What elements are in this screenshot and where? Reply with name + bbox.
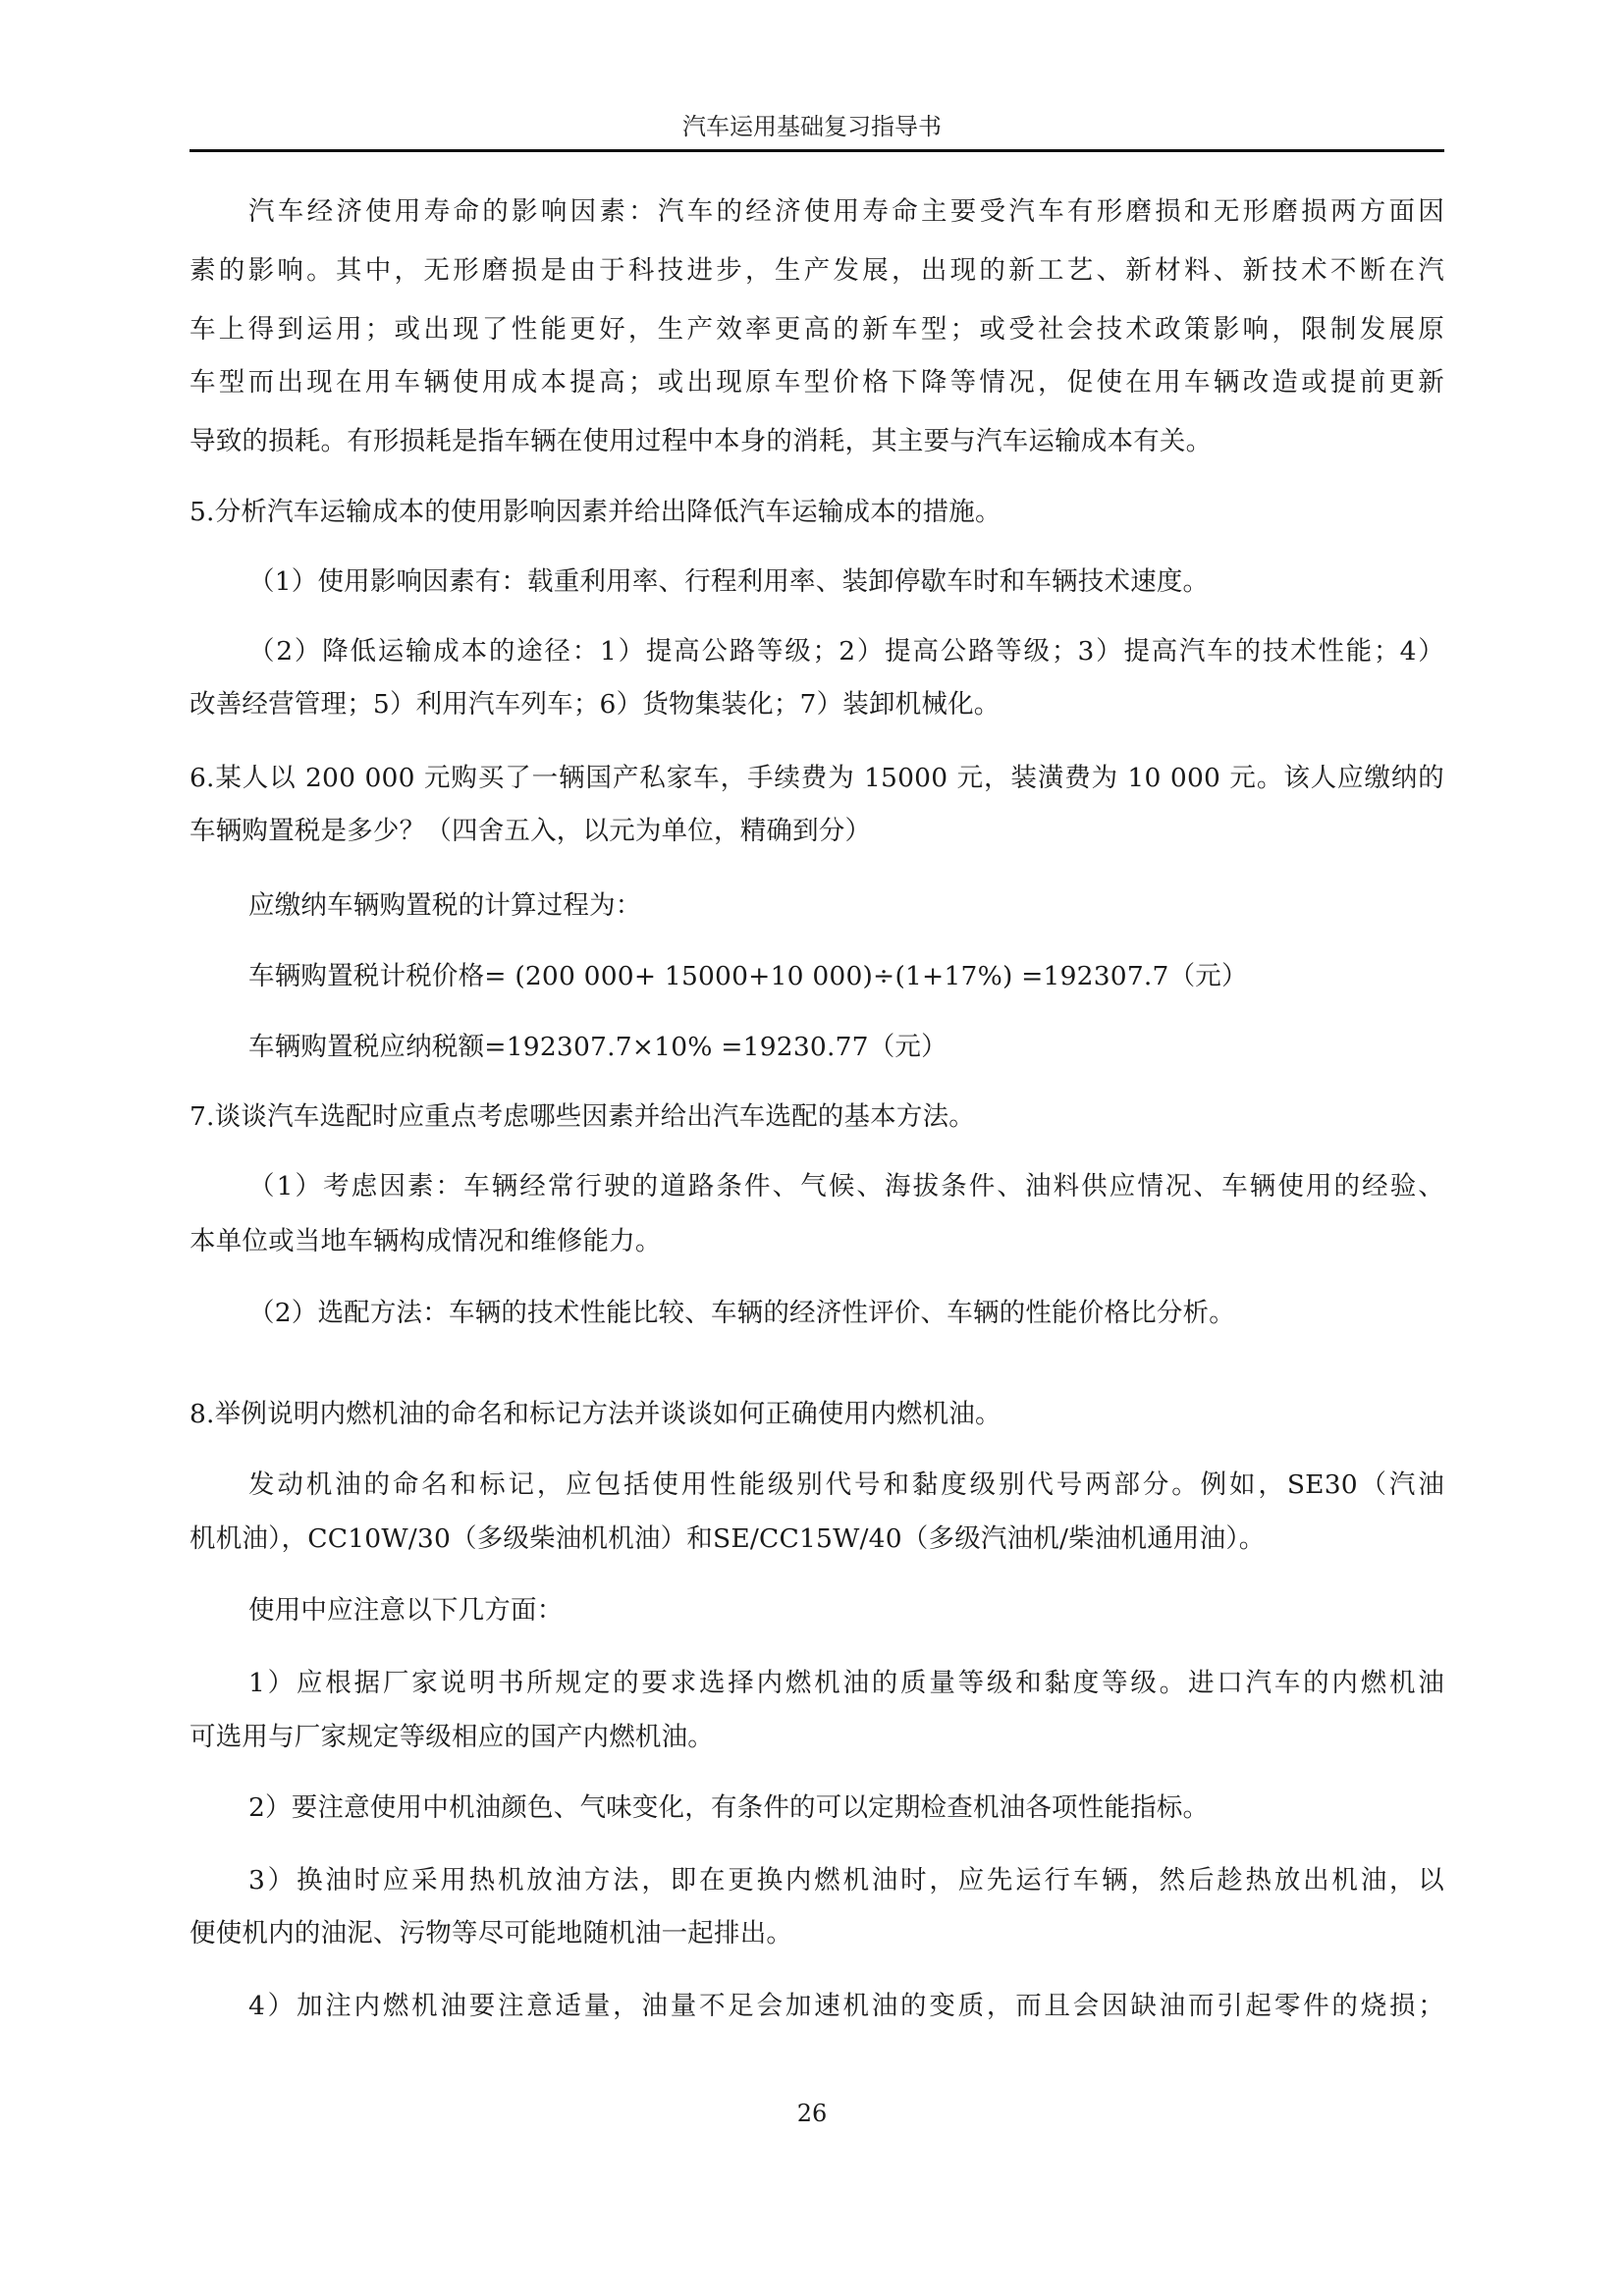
header-divider — [189, 149, 1444, 152]
answer-line: 可选用与厂家规定等级相应的国产内燃机油。 — [189, 1720, 1444, 1755]
answer-line: （2）选配方法：车辆的技术性能比较、车辆的经济性评价、车辆的性能价格比分析。 — [248, 1296, 1444, 1331]
formula-taxable-price: 车辆购置税计税价格= (200 000+ 15000+10 000)÷(1+17… — [248, 959, 1444, 994]
answer-line: 3）换油时应采用热机放油方法，即在更换内燃机油时，应先运行车辆，然后趁热放出机油… — [248, 1863, 1444, 1898]
page-number: 26 — [0, 2099, 1624, 2128]
answer-line: 1）应根据厂家说明书所规定的要求选择内燃机油的质量等级和黏度等级。进口汽车的内燃… — [248, 1666, 1444, 1701]
answer-line: 使用中应注意以下几方面： — [248, 1593, 1444, 1629]
answer-line: 改善经营管理；5）利用汽车列车；6）货物集装化；7）装卸机械化。 — [189, 687, 1444, 722]
answer-line: 本单位或当地车辆构成情况和维修能力。 — [189, 1224, 1444, 1259]
answer-line: 发动机油的命名和标记，应包括使用性能级别代号和黏度级别代号两部分。例如，SE30… — [248, 1468, 1444, 1503]
paragraph-line: 素的影响。其中，无形磨损是由于科技进步，生产发展，出现的新工艺、新材料、新技术不… — [189, 253, 1444, 289]
question-8-heading: 8.举例说明内燃机油的命名和标记方法并谈谈如何正确使用内燃机油。 — [189, 1397, 1444, 1432]
answer-line: 4）加注内燃机油要注意适量，油量不足会加速机油的变质，而且会因缺油而引起零件的烧… — [248, 1989, 1444, 2024]
answer-line: 应缴纳车辆购置税的计算过程为： — [248, 888, 1444, 924]
paragraph-line: 导致的损耗。有形损耗是指车辆在使用过程中本身的消耗，其主要与汽车运输成本有关。 — [189, 424, 1444, 459]
question-6-heading-cont: 车辆购置税是多少？（四舍五入，以元为单位，精确到分） — [189, 814, 1444, 849]
answer-line: 便使机内的油泥、污物等尽可能地随机油一起排出。 — [189, 1916, 1444, 1951]
answer-line: （2）降低运输成本的途径：1）提高公路等级；2）提高公路等级；3）提高汽车的技术… — [248, 634, 1444, 669]
running-header-title: 汽车运用基础复习指导书 — [0, 112, 1624, 141]
formula-tax-amount: 车辆购置税应纳税额=192307.7×10% =19230.77（元） — [248, 1030, 1444, 1065]
question-5-heading: 5.分析汽车运输成本的使用影响因素并给出降低汽车运输成本的措施。 — [189, 495, 1444, 530]
question-7-heading: 7.谈谈汽车选配时应重点考虑哪些因素并给出汽车选配的基本方法。 — [189, 1099, 1444, 1135]
answer-line: 机机油），CC10W/30（多级柴油机机油）和SE/CC15W/40（多级汽油机… — [189, 1522, 1444, 1557]
question-6-heading: 6.某人以 200 000 元购买了一辆国产私家车，手续费为 15000 元，装… — [189, 761, 1444, 796]
answer-line: （1）使用影响因素有：载重利用率、行程利用率、装卸停歇车时和车辆技术速度。 — [248, 564, 1444, 600]
answer-line: 2）要注意使用中机油颜色、气味变化，有条件的可以定期检查机油各项性能指标。 — [248, 1790, 1444, 1826]
answer-line: （1）考虑因素：车辆经常行驶的道路条件、气候、海拔条件、油料供应情况、车辆使用的… — [248, 1169, 1444, 1204]
paragraph-line: 汽车经济使用寿命的影响因素：汽车的经济使用寿命主要受汽车有形磨损和无形磨损两方面… — [248, 194, 1444, 230]
paragraph-line: 车上得到运用；或出现了性能更好，生产效率更高的新车型；或受社会技术政策影响，限制… — [189, 312, 1444, 347]
paragraph-line: 车型而出现在用车辆使用成本提高；或出现原车型价格下降等情况，促使在用车辆改造或提… — [189, 365, 1444, 400]
